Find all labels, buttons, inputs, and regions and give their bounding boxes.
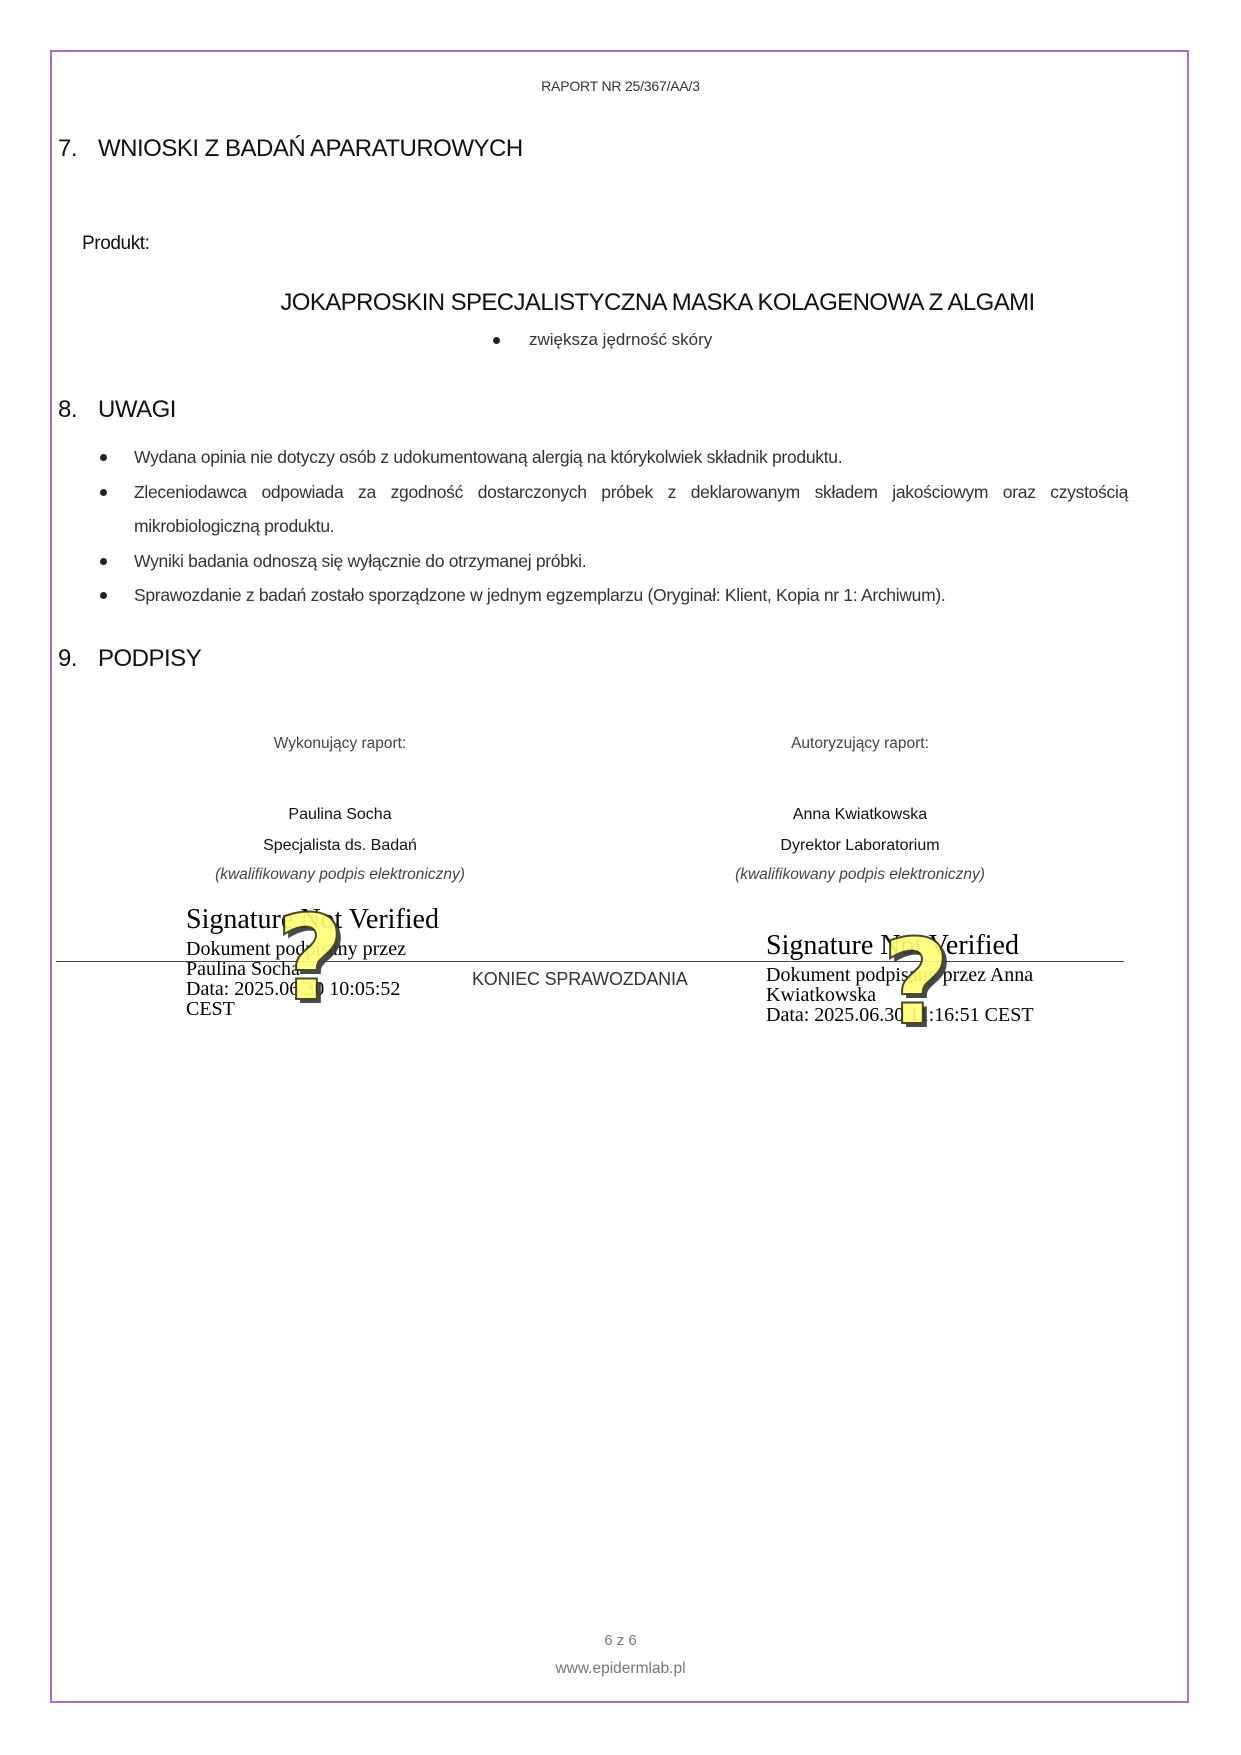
signature-note: (kwalifikowany podpis elektroniczny)	[650, 861, 1070, 889]
claim-text: zwiększa jędrność skóry	[529, 330, 712, 349]
website-link[interactable]: www.epidermlab.pl	[0, 1660, 1241, 1678]
stamp-line: Data: 2025.06.30 10:05:52	[186, 979, 486, 999]
product-claim: zwiększa jędrność skóry	[493, 330, 712, 350]
stamp-line: CEST	[186, 999, 486, 1019]
product-label: Produkt:	[82, 233, 150, 255]
signature-stamp-1[interactable]: Signature Not Verified Dokument podpisan…	[186, 905, 486, 1019]
bullet-icon	[98, 544, 134, 579]
signer-position: Dyrektor Laboratorium	[650, 830, 1070, 861]
list-item: Wyniki badania odnoszą się wyłącznie do …	[98, 544, 1128, 579]
stamp-line: Paulina Socha	[186, 959, 486, 979]
list-item: Sprawozdanie z badań zostało sporządzone…	[98, 578, 1128, 613]
section-number: 9.	[58, 645, 98, 673]
stamp-line: Dokument podpisany przez Anna	[766, 965, 1146, 985]
section-title: WNIOSKI Z BADAŃ APARATUROWYCH	[98, 135, 523, 162]
end-of-report-label: KONIEC SPRAWOZDANIA	[472, 969, 688, 990]
stamp-line: Dokument podpisany przez	[186, 939, 486, 959]
signature-note: (kwalifikowany podpis elektroniczny)	[130, 861, 550, 889]
signer-position: Specjalista ds. Badań	[130, 830, 550, 861]
stamp-line: Kwiatkowska	[766, 985, 1146, 1005]
section-title: PODPISY	[98, 645, 201, 672]
section-8-heading: 8.UWAGI	[58, 396, 176, 424]
section-9-heading: 9.PODPISY	[58, 645, 201, 673]
section-number: 8.	[58, 396, 98, 424]
report-number: RAPORT NR 25/367/AA/3	[0, 78, 1241, 94]
bullet-icon	[98, 440, 134, 475]
signer-performing: Wykonujący raport: Paulina Socha Specjal…	[130, 735, 550, 889]
stamp-line: Data: 2025.06.30 11:16:51 CEST	[766, 1005, 1146, 1025]
signer-role: Wykonujący raport:	[130, 735, 550, 753]
page-number: 6 z 6	[0, 1632, 1241, 1649]
stamp-title: Signature Not Verified	[766, 931, 1146, 961]
bullet-icon	[98, 578, 134, 613]
stamp-title: Signature Not Verified	[186, 905, 486, 935]
signer-name: Anna Kwiatkowska	[650, 799, 1070, 830]
signer-name: Paulina Socha	[130, 799, 550, 830]
product-name: JOKAPROSKIN SPECJALISTYCZNA MASKA KOLAGE…	[0, 289, 1241, 317]
list-item: Wydana opinia nie dotyczy osób z udokume…	[98, 440, 1128, 475]
bullet-icon	[493, 330, 503, 340]
signer-role: Autoryzujący raport:	[650, 735, 1070, 753]
signature-stamp-2[interactable]: Signature Not Verified Dokument podpisan…	[766, 931, 1146, 1025]
section-7-heading: 7.WNIOSKI Z BADAŃ APARATUROWYCH	[58, 135, 523, 163]
signer-authorizing: Autoryzujący raport: Anna Kwiatkowska Dy…	[650, 735, 1070, 889]
notes-list: Wydana opinia nie dotyczy osób z udokume…	[98, 440, 1128, 613]
section-number: 7.	[58, 135, 98, 163]
list-item: Zleceniodawca odpowiada za zgodność dost…	[98, 475, 1128, 544]
bullet-icon	[98, 475, 134, 544]
section-title: UWAGI	[98, 396, 176, 423]
